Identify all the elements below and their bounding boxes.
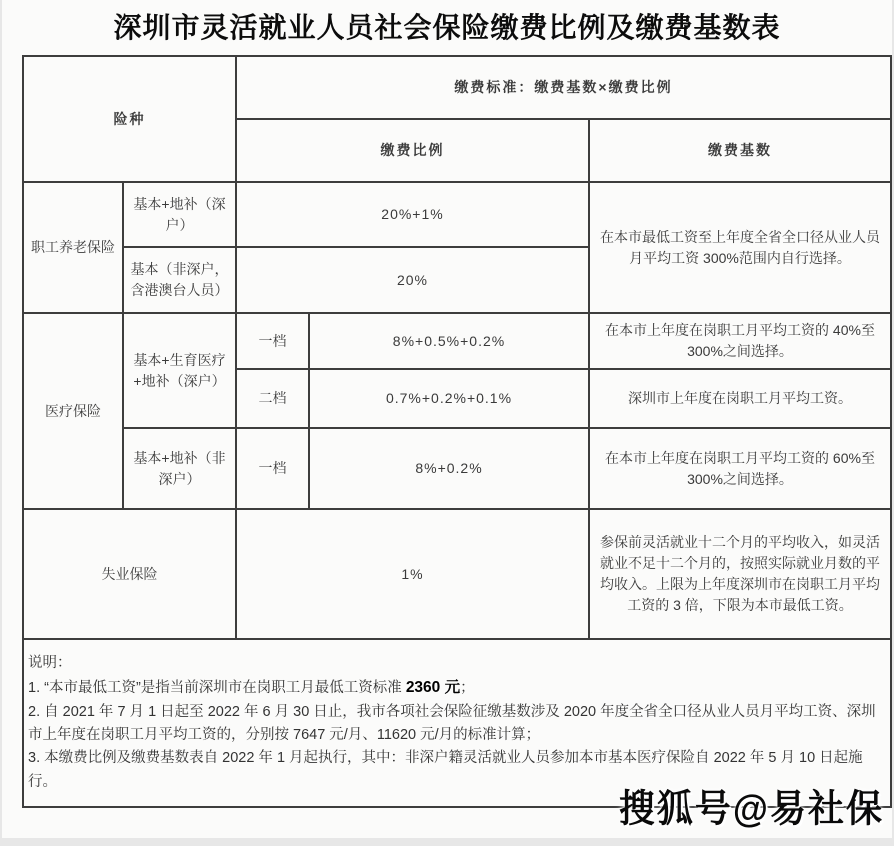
note-1-suffix: ；: [460, 680, 475, 696]
cell-medical-sub-nonshenhu: 基本+地补（非深户）: [123, 428, 236, 509]
cell-medical-category: 医疗保险: [23, 313, 123, 509]
note-1: 1. “本市最低工资”是指当前深圳市在岗职工月最低工资标准 2360 元；: [28, 675, 886, 700]
cell-pension-rate-shenhu: 20%+1%: [236, 182, 589, 247]
header-standard: 缴费标准：缴费基数×缴费比例: [236, 56, 891, 119]
cell-pension-rate-nonshenhu: 20%: [236, 247, 589, 313]
cell-medical-rate2: 0.7%+0.2%+0.1%: [309, 369, 589, 428]
page-title: 深圳市灵活就业人员社会保险缴费比例及缴费基数表: [2, 6, 892, 46]
notes-heading: 说明：: [28, 652, 886, 675]
cell-medical-base3: 在本市上年度在岗职工月平均工资的 60%至 300%之间选择。: [589, 428, 891, 509]
header-rate: 缴费比例: [236, 119, 589, 182]
cell-medical-tier1: 一档: [236, 313, 309, 369]
cell-medical-tier2: 二档: [236, 369, 309, 428]
note-1-text: 1. “本市最低工资”是指当前深圳市在岗职工月最低工资标准: [28, 680, 406, 696]
header-insurance-type: 险种: [23, 56, 236, 182]
note-2: 2. 自 2021 年 7 月 1 日起至 2022 年 6 月 30 日止，我…: [28, 701, 886, 748]
cell-pension-sub-shenhu: 基本+地补（深户）: [123, 182, 236, 247]
cell-unemployment-base: 参保前灵活就业十二个月的平均收入，如灵活就业不足十二个月的，按照实际就业月数的平…: [589, 509, 891, 639]
cell-pension-sub-nonshenhu: 基本（非深户，含港澳台人员）: [123, 247, 236, 313]
cell-medical-rate1: 8%+0.5%+0.2%: [309, 313, 589, 369]
cell-medical-rate3: 8%+0.2%: [309, 428, 589, 509]
cell-unemployment-category: 失业保险: [23, 509, 236, 639]
cell-medical-tier3: 一档: [236, 428, 309, 509]
cell-medical-sub-shenhu: 基本+生育医疗+地补（深户）: [123, 313, 236, 428]
watermark-sohu-badge: 搜狐号@易社保: [619, 780, 884, 834]
cell-pension-base: 在本市最低工资至上年度全省全口径从业人员月平均工资 300%范围内自行选择。: [589, 182, 891, 313]
contribution-table: 险种 缴费标准：缴费基数×缴费比例 缴费比例 缴费基数 职工养老保险 基本+地补…: [22, 55, 892, 808]
document-page: 深圳市灵活就业人员社会保险缴费比例及缴费基数表 险种 缴费标准：缴费基数×缴费比…: [2, 0, 892, 838]
cell-medical-base1: 在本市上年度在岗职工月平均工资的 40%至 300%之间选择。: [589, 313, 891, 369]
cell-unemployment-rate: 1%: [236, 509, 589, 639]
cell-pension-category: 职工养老保险: [23, 182, 123, 313]
header-base: 缴费基数: [589, 119, 891, 182]
cell-medical-base2: 深圳市上年度在岗职工月平均工资。: [589, 369, 891, 428]
note-1-amount: 2360 元: [406, 679, 460, 696]
